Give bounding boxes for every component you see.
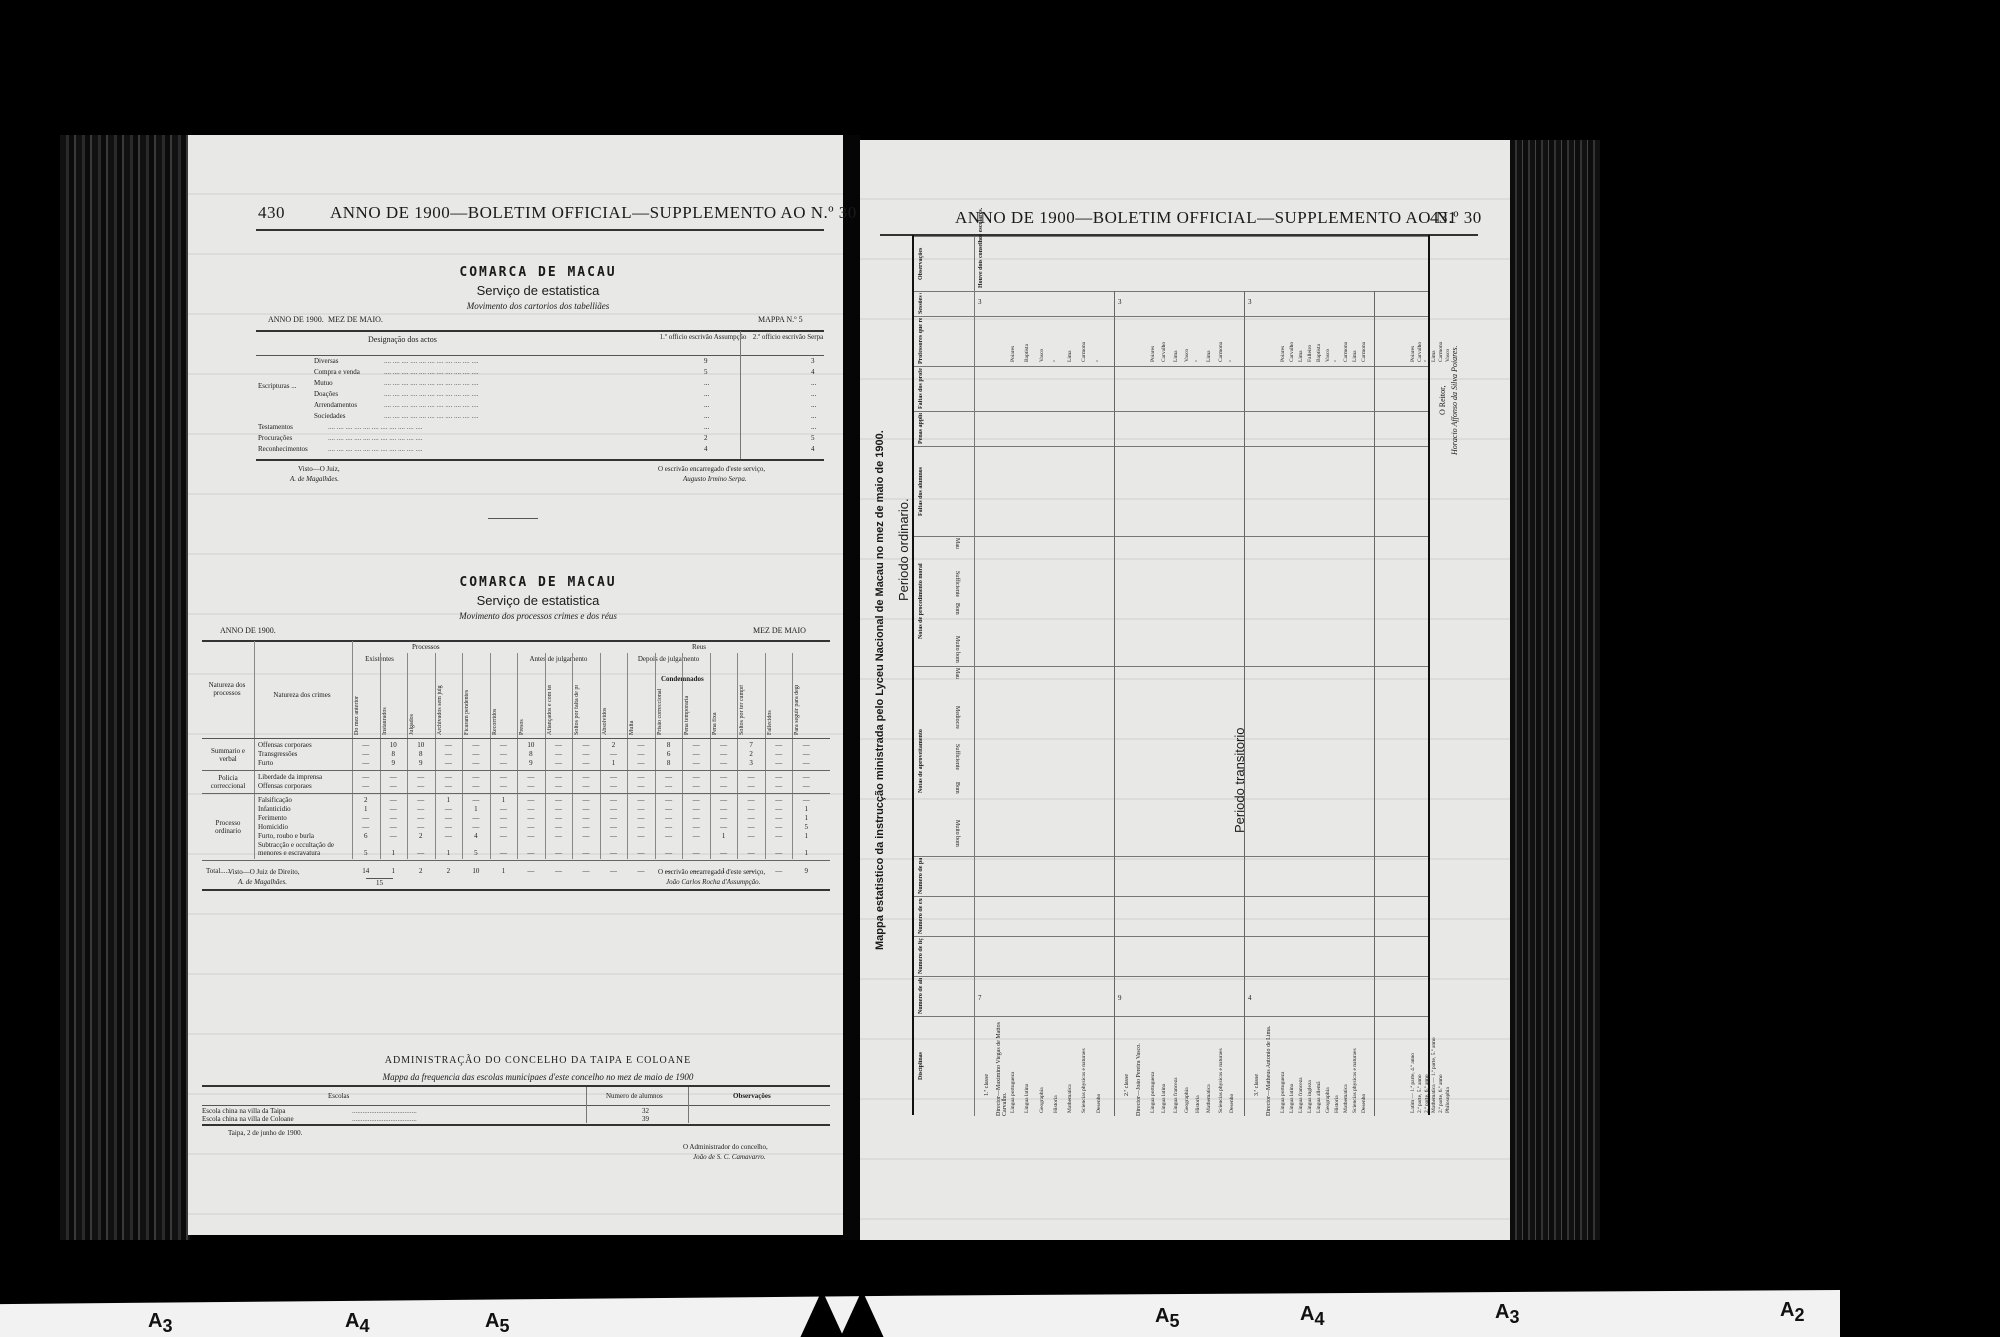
cell-value: — <box>765 750 793 758</box>
row-label: Sociedades <box>314 412 346 420</box>
cell-value: — <box>682 773 710 781</box>
row-divider <box>914 316 1428 317</box>
ruler-mark: A3 <box>148 1310 172 1337</box>
teacher-name: Vasco <box>1039 324 1045 362</box>
table-row: Mutuo.... .... .... .... .... .... .... … <box>256 379 824 390</box>
section2-judge-name: A. de Magalhães. <box>238 878 287 886</box>
total-value: — <box>627 867 655 875</box>
teacher-name: Lima <box>1206 324 1212 362</box>
cell-value: 9 <box>517 759 545 767</box>
cell-value: 9 <box>407 759 435 767</box>
cell-value: — <box>572 849 600 857</box>
column-header: Julgados <box>409 685 415 735</box>
column-header: Notas de aproveitamento <box>918 668 958 854</box>
sessions-count: 3 <box>1118 298 1122 306</box>
section2-clerk-name: João Carlos Rocha d'Assumpção. <box>666 878 760 886</box>
cell-value: — <box>627 750 655 758</box>
col-officio-2: 2.º officio escrivão Serpa <box>743 333 833 341</box>
observation-note: Houve dois conselhos escolares. <box>978 238 984 288</box>
grade-subcolumn: Mediocre <box>954 706 960 740</box>
page-number-left: 430 <box>258 203 285 223</box>
teacher-name: Lima <box>1067 324 1073 362</box>
subject-label: Sciencias physicas e naturaes <box>1352 1021 1358 1113</box>
cell-value: 9 <box>380 759 408 767</box>
row-label: Reconhecimentos <box>258 445 308 453</box>
teacher-name: Carmona <box>1343 324 1349 362</box>
total-value: — <box>545 867 573 875</box>
teacher-name: Poiares <box>1410 324 1416 362</box>
cell-officio-2: ... <box>811 412 816 420</box>
subject-label: Geographia <box>1184 1021 1190 1113</box>
cell-value: — <box>737 823 765 831</box>
cell-value: — <box>572 773 600 781</box>
cell-value: — <box>380 823 408 831</box>
subject-label: Latim — 1.ª parte, 4.º anno <box>1410 1021 1416 1113</box>
class-director: Director—Maximino Viegas de Mattos Carva… <box>996 1021 1008 1116</box>
cell-value: — <box>710 814 738 822</box>
column-header: Faltas dos alumnos <box>918 448 958 534</box>
leader-dots: .... .... .... .... .... .... .... .... … <box>328 423 423 431</box>
total-value: 10 <box>462 867 490 875</box>
table-row: Escola china na villa da Taipa..........… <box>202 1107 830 1115</box>
cell-value: — <box>627 832 655 840</box>
cell-value: — <box>517 849 545 857</box>
section3-admin-name: João de S. C. Camavarro. <box>693 1153 766 1161</box>
cell-value: — <box>655 823 683 831</box>
cell-value: 10 <box>380 741 408 749</box>
cell-value: — <box>352 814 380 822</box>
teacher-name: Carmona <box>1361 324 1367 362</box>
subject-label: Lingua portugueza <box>1010 1021 1016 1113</box>
teacher-name: Vasco <box>1325 324 1331 362</box>
header-natureza-processos: Natureza dos processos <box>202 681 252 697</box>
cell-value: — <box>545 823 573 831</box>
moral-subcolumn: Mau <box>954 538 960 567</box>
period-transitory-label: Periodo transitorio <box>1232 660 1247 900</box>
total-sum: 15 <box>366 878 394 887</box>
cell-value: 1 <box>462 805 490 813</box>
section3-title: ADMINISTRAÇÃO DO CONCELHO DA TAIPA E COL… <box>248 1055 828 1066</box>
ruler-letter: A <box>1300 1303 1314 1325</box>
cell-value: — <box>737 773 765 781</box>
cell-value: — <box>545 849 573 857</box>
cell-value: — <box>682 759 710 767</box>
cell-value: — <box>517 814 545 822</box>
subject-label: Desenho <box>1096 1021 1102 1113</box>
column-header: Soltos por ter cumprido a pena <box>739 685 745 735</box>
table-bottom-rule <box>202 889 830 891</box>
cell-value: — <box>792 796 820 804</box>
cell-value: — <box>682 796 710 804</box>
cell-value: 1 <box>380 849 408 857</box>
leader-dots: .... .... .... .... .... .... .... .... … <box>384 401 479 409</box>
cell-value: 1 <box>435 796 463 804</box>
subject-label: Geographia <box>1325 1021 1331 1113</box>
section1-clerk-title: O escrivão encarregado d'este serviço, <box>658 465 765 473</box>
cell-value: — <box>655 832 683 840</box>
cell-officio-1: ... <box>704 412 709 420</box>
section3-top-rule <box>202 1085 830 1087</box>
cell-value: — <box>407 814 435 822</box>
cell-value: — <box>352 823 380 831</box>
header-reus: Reus <box>692 643 706 651</box>
table-row: Doações.... .... .... .... .... .... ...… <box>256 390 824 401</box>
column-header: Notas de procedimento moral <box>918 538 958 664</box>
moral-subcolumn: Bom <box>954 603 960 632</box>
cell-value: — <box>435 773 463 781</box>
cell-value: — <box>435 759 463 767</box>
cell-value: 8 <box>655 741 683 749</box>
leader-dots: .... .... .... .... .... .... .... .... … <box>384 412 479 420</box>
total-value: — <box>765 867 793 875</box>
alumnos-count: 9 <box>1118 994 1122 1002</box>
cell-value: — <box>600 814 628 822</box>
row-label: Compra e venda <box>314 368 360 376</box>
cell-officio-2: 4 <box>811 445 815 453</box>
crime-label: Subtracção e occultação de menores e esc… <box>258 841 350 857</box>
subject-label: Desenho <box>1361 1021 1367 1113</box>
cell-value: — <box>462 823 490 831</box>
section2-month: MEZ DE MAIO <box>753 626 806 635</box>
section1-bottom-rule <box>256 459 824 461</box>
cell-value: — <box>737 849 765 857</box>
cell-value: 8 <box>380 750 408 758</box>
cell-value: 1 <box>600 759 628 767</box>
cell-value: — <box>517 773 545 781</box>
cell-value: — <box>435 814 463 822</box>
cell-value: — <box>765 805 793 813</box>
table-title: Mappa estatistico da instrucção ministra… <box>874 260 886 1120</box>
section3-admin-title: O Administrador do concelho, <box>683 1143 768 1151</box>
cell-value: — <box>545 796 573 804</box>
teacher-name: Lima <box>1352 324 1358 362</box>
cell-value: — <box>462 796 490 804</box>
cell-value: — <box>462 814 490 822</box>
cell-value: — <box>627 849 655 857</box>
alumnos-count: 4 <box>1248 994 1252 1002</box>
ruler-mark: A3 <box>1495 1301 1519 1328</box>
group-rule <box>202 770 830 771</box>
cell-value: 1 <box>792 849 820 857</box>
cell-value: — <box>737 832 765 840</box>
cell-value: 10 <box>407 741 435 749</box>
cell-value: — <box>572 782 600 790</box>
moral-subcolumn: Sufficiente <box>954 571 960 600</box>
cell-value: — <box>792 759 820 767</box>
cell-value: — <box>462 782 490 790</box>
total-value: 2 <box>435 867 463 875</box>
ruler-letter: A <box>148 1310 162 1332</box>
cell-value: — <box>710 773 738 781</box>
subject-label: Lingua allemã <box>1316 1021 1322 1113</box>
section1-title: COMARCA DE MACAU <box>248 265 828 280</box>
column-header: Para seguir para degredo <box>794 685 800 735</box>
teacher-name: " <box>1334 324 1340 362</box>
row-label: Mutuo <box>314 379 333 387</box>
teacher-name: Poiares <box>1150 324 1156 362</box>
column-header: Penas applicadas <box>918 413 958 444</box>
row-divider <box>914 666 1428 667</box>
book-edge-right <box>1510 140 1600 1240</box>
cell-officio-1: 4 <box>704 445 708 453</box>
cell-value: — <box>682 750 710 758</box>
column-header: Numero de passeios escolares <box>918 858 958 894</box>
leader-dots: .... .... .... .... .... .... .... .... … <box>328 445 423 453</box>
ruler-number: 5 <box>499 1316 509 1336</box>
cell-value: — <box>435 750 463 758</box>
cell-value: — <box>600 805 628 813</box>
cell-value: — <box>737 796 765 804</box>
subject-label: 2.ª parte, 6.º anno <box>1438 1021 1444 1113</box>
section1-head-rule <box>256 355 824 356</box>
row-divider <box>914 446 1428 447</box>
col-escolas: Escolas <box>328 1092 349 1100</box>
section2-year: ANNO DE 1900. <box>220 626 276 635</box>
cell-value: — <box>490 805 518 813</box>
sessions-count: 3 <box>1248 298 1252 306</box>
cell-value: 1 <box>710 832 738 840</box>
row-label: Procurações <box>258 434 292 442</box>
column-header: Professores que regem as disciplinas <box>918 318 958 364</box>
total-value: — <box>517 867 545 875</box>
crime-label: Offensas corporaes <box>258 782 350 790</box>
cell-value: — <box>517 805 545 813</box>
column-header: Recorridos <box>492 685 498 735</box>
cell-value: — <box>545 750 573 758</box>
cell-value: — <box>380 814 408 822</box>
ruler-mark: A5 <box>1155 1305 1179 1332</box>
cell-value: 5 <box>352 849 380 857</box>
class-director: Director—João Pereira Vasco. <box>1136 1021 1142 1116</box>
column-header: Faltas dos professores <box>918 368 958 409</box>
cell-value: — <box>545 773 573 781</box>
row-divider <box>914 1016 1428 1017</box>
section2-top-rule <box>202 640 830 642</box>
divider-nat <box>254 641 255 859</box>
table-right-border <box>1428 235 1430 1115</box>
cell-value: — <box>435 823 463 831</box>
ruler-letter: A <box>345 1310 359 1332</box>
cell-value: — <box>572 796 600 804</box>
cell-value: — <box>600 796 628 804</box>
subject-label: Historia <box>1053 1021 1059 1113</box>
ruler-number: 3 <box>162 1316 172 1336</box>
teacher-name: Poiares <box>1010 324 1016 362</box>
cell-value: — <box>545 782 573 790</box>
cell-value: — <box>380 782 408 790</box>
total-value: 14 <box>352 867 380 875</box>
ruler-number: 5 <box>1169 1311 1179 1331</box>
section3-caption: Mappa da frequencia das escolas municipa… <box>248 1072 828 1082</box>
crime-label: Liberdade da imprensa <box>258 773 350 781</box>
cell-value: — <box>600 832 628 840</box>
running-head-left: ANNO DE 1900—BOLETIM OFFICIAL—SUPPLEMENT… <box>330 203 857 223</box>
cell-value: — <box>380 805 408 813</box>
cell-value: — <box>627 796 655 804</box>
cell-value: — <box>792 782 820 790</box>
total-value: 2 <box>407 867 435 875</box>
school-name: Escola china na villa de Coloane <box>202 1115 294 1123</box>
header-rule <box>256 229 824 231</box>
total-value: — <box>572 867 600 875</box>
teacher-name: Lima <box>1298 324 1304 362</box>
teacher-name: Lima <box>1431 324 1437 362</box>
cell-value: — <box>737 814 765 822</box>
row-label: Doações <box>314 390 338 398</box>
book-edge-left <box>60 135 190 1240</box>
cell-value: — <box>407 773 435 781</box>
cell-value: — <box>490 823 518 831</box>
subject-label: Geographia <box>1039 1021 1045 1113</box>
column-header: Disciplinas <box>918 1018 958 1114</box>
row-label: Testamentos <box>258 423 293 431</box>
section1-clerk-name: Augusto Irmino Serpa. <box>683 475 747 483</box>
cell-value: 6 <box>655 750 683 758</box>
cell-value: 6 <box>352 832 380 840</box>
cell-value: — <box>765 814 793 822</box>
ruler-arrow-right <box>840 1290 884 1337</box>
column-header: Archivados sem julgamento por falta de p… <box>437 685 443 735</box>
cell-officio-1: ... <box>704 379 709 387</box>
leader-dots: .... .... .... .... .... .... .... .... … <box>384 390 479 398</box>
cell-value: — <box>765 849 793 857</box>
student-count: 39 <box>642 1115 649 1123</box>
group-rule <box>202 793 830 794</box>
cell-value: — <box>765 773 793 781</box>
col-observacoes: Observações <box>733 1092 771 1100</box>
ruler-letter: A <box>1155 1305 1169 1327</box>
column-header: Presos <box>519 685 525 735</box>
cell-value: — <box>435 832 463 840</box>
column-header: Observações <box>918 238 958 289</box>
leader-dots: .... .... .... .... .... .... .... .... … <box>384 357 479 365</box>
cell-value: — <box>407 796 435 804</box>
cell-value: — <box>545 814 573 822</box>
cell-officio-1: ... <box>704 390 709 398</box>
teacher-name: Carvalho <box>1289 324 1295 362</box>
cell-value: — <box>462 759 490 767</box>
cell-value: — <box>627 823 655 831</box>
cell-value: 10 <box>517 741 545 749</box>
table-row: Arrendamentos.... .... .... .... .... ..… <box>256 401 824 412</box>
column-header: Do mez anterior <box>354 685 360 735</box>
teacher-name: Carvalho <box>1417 324 1423 362</box>
cell-value: — <box>490 832 518 840</box>
cell-value: — <box>545 759 573 767</box>
row-divider <box>914 291 1428 292</box>
cell-value: — <box>655 782 683 790</box>
cell-officio-2: 4 <box>811 368 815 376</box>
school-name: Escola china na villa da Taipa <box>202 1107 286 1115</box>
cell-value: — <box>572 741 600 749</box>
row-divider <box>914 411 1428 412</box>
cell-value: — <box>380 832 408 840</box>
cell-value: — <box>545 741 573 749</box>
page-number-right: 431 <box>1430 208 1457 228</box>
column-header: Soltos por falta de provas <box>574 685 580 735</box>
cell-value: — <box>655 805 683 813</box>
cell-value: — <box>517 823 545 831</box>
class-divider <box>1374 291 1375 1116</box>
cell-value: — <box>627 814 655 822</box>
subject-label: Sciencias physicas e naturaes <box>1081 1021 1087 1113</box>
table-row: Testamentos.... .... .... .... .... ....… <box>256 423 824 434</box>
cell-value: — <box>490 750 518 758</box>
table-row: Diversas.... .... .... .... .... .... ..… <box>256 357 824 368</box>
book-gutter <box>843 135 860 1240</box>
table-row: Sociedades.... .... .... .... .... .... … <box>256 412 824 423</box>
section-separator <box>488 518 538 519</box>
row-label: Diversas <box>314 357 339 365</box>
ruler-mark: A5 <box>485 1310 509 1337</box>
col-officio-1: 1.º officio escrivão Assumpção <box>658 333 748 341</box>
column-header: Sessões de classes <box>918 293 958 314</box>
ruler-number: 3 <box>1509 1307 1519 1327</box>
cell-value: — <box>765 741 793 749</box>
teacher-name: Falleiro <box>1307 324 1313 362</box>
cell-officio-1: 2 <box>704 434 708 442</box>
header-divider <box>974 236 975 1116</box>
crime-label: Ferimento <box>258 814 350 822</box>
cell-value: — <box>572 805 600 813</box>
cell-value: — <box>627 782 655 790</box>
microfilm-ruler <box>0 1290 1840 1337</box>
ruler-letter: A <box>485 1310 499 1332</box>
cell-value: — <box>572 759 600 767</box>
cell-value: — <box>572 823 600 831</box>
cell-officio-1: 5 <box>704 368 708 376</box>
grade-subcolumn: Mau <box>954 668 960 702</box>
cell-value: — <box>655 773 683 781</box>
cell-value: 1 <box>490 796 518 804</box>
cell-value: — <box>490 814 518 822</box>
cell-value: 5 <box>462 849 490 857</box>
class-name: 3.ª classe <box>1254 1036 1260 1096</box>
cell-value: — <box>407 823 435 831</box>
row-divider <box>914 536 1428 537</box>
cell-value: — <box>380 773 408 781</box>
subject-label: 2.ª parte, 5.º anno <box>1417 1021 1423 1113</box>
cell-value: — <box>462 750 490 758</box>
cell-officio-2: ... <box>811 401 816 409</box>
teacher-name: " <box>1096 324 1102 362</box>
leader-dots: ..................................... <box>352 1115 417 1123</box>
header-depois-julgamento: Depois de julgamento <box>600 655 738 663</box>
column-header: Numero de exercicios escriptos <box>918 898 958 934</box>
running-head-right: ANNO DE 1900—BOLETIM OFFICIAL—SUPPLEMENT… <box>955 208 1482 228</box>
cell-value: 8 <box>655 759 683 767</box>
teacher-name: Baptista <box>1024 324 1030 362</box>
section1-caption: Movimento dos cartorios dos tabelliães <box>248 301 828 311</box>
cell-value: — <box>737 782 765 790</box>
alumnos-count: 7 <box>978 994 982 1002</box>
section2-title: COMARCA DE MACAU <box>248 575 828 590</box>
row-label: Arrendamentos <box>314 401 357 409</box>
section2-clerk-title: O escrivão encarregado d'este serviço, <box>658 868 765 876</box>
cell-value: — <box>352 759 380 767</box>
cell-value: — <box>435 805 463 813</box>
subject-label: Mathematica <box>1067 1021 1073 1113</box>
leader-dots: ..................................... <box>352 1107 417 1115</box>
cell-value: — <box>352 741 380 749</box>
section1-map-number: MAPPA N.º 5 <box>758 315 803 324</box>
cell-value: — <box>627 805 655 813</box>
cell-value: 4 <box>462 832 490 840</box>
column-header: Numero de alumnos <box>918 978 958 1014</box>
subject-label: Lingua portugueza <box>1150 1021 1156 1113</box>
cell-value: — <box>655 814 683 822</box>
group-label: Processo ordinario <box>202 819 254 835</box>
